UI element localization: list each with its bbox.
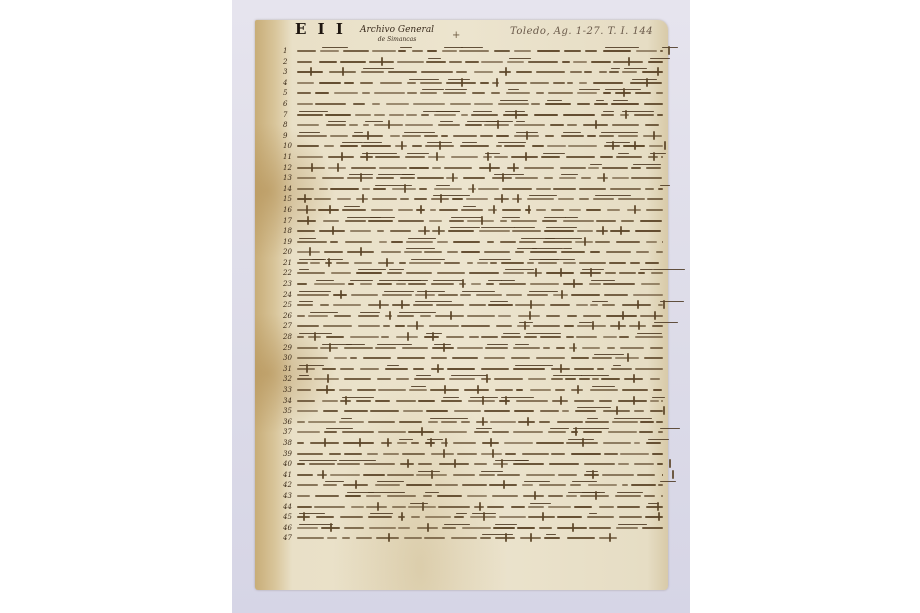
handwritten-line <box>297 188 663 191</box>
manuscript-line: 29 <box>283 343 663 354</box>
line-number: 18 <box>283 227 292 235</box>
handwritten-line <box>297 230 663 233</box>
handwritten-line <box>297 198 663 201</box>
line-number: 41 <box>283 471 292 479</box>
manuscript-line: 41 <box>283 470 663 481</box>
line-number: 39 <box>283 450 292 458</box>
manuscript-line: 43 <box>283 491 663 502</box>
manuscript-line: 36 <box>283 417 663 428</box>
handwritten-line <box>297 114 663 117</box>
manuscript-line: 8 <box>283 120 663 131</box>
line-number: 28 <box>283 333 292 341</box>
line-number: 36 <box>283 418 292 426</box>
line-number: 26 <box>283 312 292 320</box>
line-number: 40 <box>283 460 292 468</box>
handwritten-line <box>297 156 663 159</box>
folio-mark: E I I <box>295 20 346 38</box>
archive-annotation: Archivo General de Simancas <box>360 25 434 45</box>
manuscript-line: 24 <box>283 290 663 301</box>
manuscript-line: 2 <box>283 57 663 68</box>
manuscript-line: 40 <box>283 459 663 470</box>
manuscript-line: 17 <box>283 216 663 227</box>
line-number: 4 <box>283 79 287 87</box>
line-number: 16 <box>283 206 292 214</box>
manuscript-line: 34 <box>283 396 663 407</box>
manuscript-line: 21 <box>283 258 663 269</box>
handwritten-line <box>297 315 663 318</box>
line-number: 9 <box>283 132 287 140</box>
handwritten-line <box>297 453 663 456</box>
manuscript-line: 3 <box>283 67 663 78</box>
handwritten-line <box>297 484 663 487</box>
handwritten-line <box>297 167 663 170</box>
line-number: 3 <box>283 68 287 76</box>
line-number: 14 <box>283 185 292 193</box>
handwritten-line <box>297 431 663 434</box>
handwritten-line <box>297 368 663 371</box>
line-number: 38 <box>283 439 292 447</box>
line-number: 27 <box>283 322 292 330</box>
manuscript-line: 9 <box>283 131 663 142</box>
handwritten-line <box>297 124 663 127</box>
line-number: 34 <box>283 397 292 405</box>
manuscript-line: 20 <box>283 247 663 258</box>
handwritten-line <box>297 71 663 74</box>
handwritten-line <box>297 463 663 466</box>
manuscript-line: 35 <box>283 406 663 417</box>
manuscript-line: 33 <box>283 385 663 396</box>
line-number: 13 <box>283 174 292 182</box>
handwritten-line <box>297 516 663 519</box>
handwritten-line <box>297 389 663 392</box>
handwritten-line <box>297 304 663 307</box>
manuscript-line: 45 <box>283 512 663 523</box>
handwritten-line <box>297 177 663 180</box>
line-number: 8 <box>283 121 287 129</box>
manuscript-line: 27 <box>283 321 663 332</box>
line-number: 29 <box>283 344 292 352</box>
handwritten-line <box>297 421 663 424</box>
handwritten-line <box>297 283 663 286</box>
handwritten-line <box>297 378 663 381</box>
line-number: 23 <box>283 280 292 288</box>
line-number: 15 <box>283 195 292 203</box>
manuscript-line: 19 <box>283 237 663 248</box>
manuscript-line: 28 <box>283 332 663 343</box>
line-number: 1 <box>283 47 287 55</box>
manuscript-line: 23 <box>283 279 663 290</box>
handwritten-line <box>297 92 663 95</box>
handwritten-line <box>297 103 663 106</box>
line-number: 12 <box>283 164 292 172</box>
handwritten-line <box>297 442 663 445</box>
manuscript-line: 6 <box>283 99 663 110</box>
manuscript-line: 32 <box>283 374 663 385</box>
handwritten-line <box>297 145 663 148</box>
handwritten-line <box>297 262 663 265</box>
handwritten-line <box>297 537 663 540</box>
manuscript-line: 37 <box>283 427 663 438</box>
manuscript-line: 12 <box>283 163 663 174</box>
manuscript-line: 31 <box>283 364 663 375</box>
handwritten-line <box>297 272 663 275</box>
line-number: 6 <box>283 100 287 108</box>
handwritten-line <box>297 294 663 297</box>
line-number: 21 <box>283 259 292 267</box>
manuscript-line: 46 <box>283 523 663 534</box>
line-number: 25 <box>283 301 292 309</box>
manuscript-page: E I I Archivo General de Simancas + Tole… <box>255 20 668 590</box>
line-number: 5 <box>283 89 287 97</box>
manuscript-line: 38 <box>283 438 663 449</box>
line-number: 2 <box>283 58 287 66</box>
manuscript-line: 18 <box>283 226 663 237</box>
manuscript-line: 22 <box>283 268 663 279</box>
manuscript-line: 26 <box>283 311 663 322</box>
handwritten-text-body: 1234567891011121314151617181920212223242… <box>283 46 663 544</box>
archive-note-subtitle: de Simancas <box>360 35 434 45</box>
manuscript-line: 7 <box>283 110 663 121</box>
handwritten-line <box>297 336 663 339</box>
line-number: 33 <box>283 386 292 394</box>
handwritten-line <box>297 135 663 138</box>
line-number: 44 <box>283 503 292 511</box>
line-number: 19 <box>283 238 292 246</box>
handwritten-line <box>297 410 663 413</box>
line-number: 7 <box>283 111 287 119</box>
cross-mark: + <box>452 30 460 41</box>
line-number: 20 <box>283 248 292 256</box>
handwritten-line <box>297 61 663 64</box>
line-number: 10 <box>283 142 292 150</box>
manuscript-line: 11 <box>283 152 663 163</box>
manuscript-line: 47 <box>283 533 663 544</box>
handwritten-line <box>297 474 663 477</box>
line-number: 37 <box>283 428 292 436</box>
manuscript-line: 44 <box>283 502 663 513</box>
manuscript-line: 42 <box>283 480 663 491</box>
line-number: 30 <box>283 354 292 362</box>
handwritten-line <box>297 347 663 350</box>
line-number: 47 <box>283 534 292 542</box>
handwritten-line <box>297 209 663 212</box>
manuscript-line: 15 <box>283 194 663 205</box>
line-number: 42 <box>283 481 292 489</box>
handwritten-line <box>297 506 663 509</box>
manuscript-line: 16 <box>283 205 663 216</box>
handwritten-line <box>297 495 663 498</box>
line-number: 24 <box>283 291 292 299</box>
handwritten-line <box>297 527 663 530</box>
line-number: 46 <box>283 524 292 532</box>
line-number: 32 <box>283 375 292 383</box>
line-number: 43 <box>283 492 292 500</box>
manuscript-line: 13 <box>283 173 663 184</box>
line-number: 35 <box>283 407 292 415</box>
line-number: 17 <box>283 217 292 225</box>
manuscript-line: 14 <box>283 184 663 195</box>
line-number: 31 <box>283 365 292 373</box>
archive-note-title: Archivo General <box>360 25 434 35</box>
manuscript-line: 5 <box>283 88 663 99</box>
reference-annotation: Toledo, Ag. 1-27. T. I. 144 <box>510 26 653 37</box>
handwritten-line <box>297 251 663 254</box>
handwritten-line <box>297 241 663 244</box>
manuscript-line: 1 <box>283 46 663 57</box>
handwritten-line <box>297 400 663 403</box>
manuscript-line: 30 <box>283 353 663 364</box>
manuscript-line: 4 <box>283 78 663 89</box>
photograph: E I I Archivo General de Simancas + Tole… <box>232 0 690 613</box>
line-number: 22 <box>283 269 292 277</box>
handwritten-line <box>297 82 663 85</box>
handwritten-line <box>297 220 663 223</box>
manuscript-line: 25 <box>283 300 663 311</box>
manuscript-line: 10 <box>283 141 663 152</box>
manuscript-line: 39 <box>283 449 663 460</box>
handwritten-line <box>297 325 663 328</box>
line-number: 45 <box>283 513 292 521</box>
handwritten-line <box>297 50 663 53</box>
line-number: 11 <box>283 153 292 161</box>
handwritten-line <box>297 357 663 360</box>
